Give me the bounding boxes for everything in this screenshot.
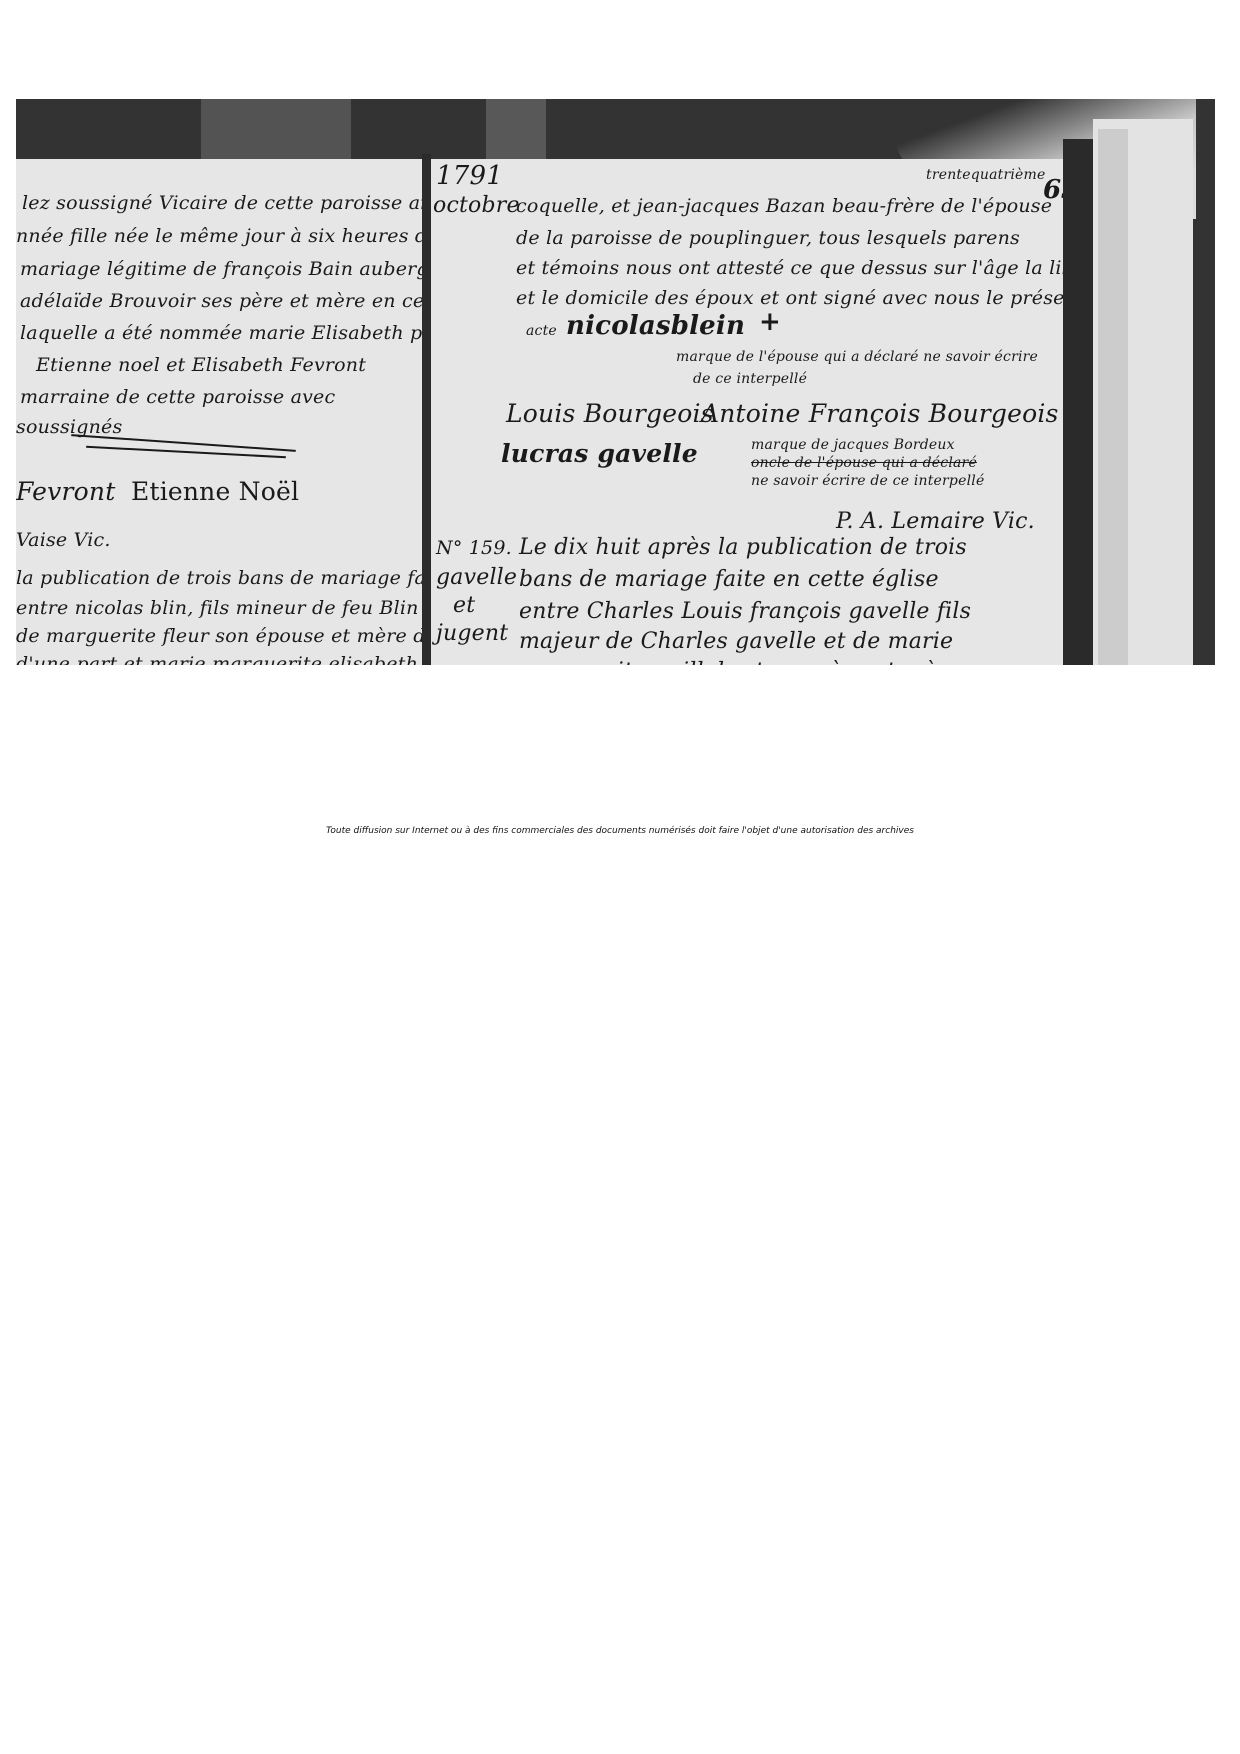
right-line: de la paroisse de pouplinguer, tous lesq… — [516, 227, 1020, 249]
scanned-register-image: lez soussigné Vicaire de cette paroisse … — [16, 99, 1215, 665]
flourish — [71, 434, 296, 452]
margin-name: jugent — [436, 621, 508, 646]
entry-line: bans de mariage faite en cette église — [519, 567, 939, 592]
entry-line: entre Charles Louis françois gavelle fil… — [519, 599, 971, 624]
register-month: octobre — [433, 193, 520, 218]
left-line: mariage légitime de françois Bain auberg… — [20, 258, 464, 280]
page-edge-shadow — [1063, 139, 1093, 665]
left-page: lez soussigné Vicaire de cette paroisse … — [16, 159, 422, 665]
left-line: lez soussigné Vicaire de cette paroisse … — [22, 192, 427, 214]
signature-louis-bourgeois: Louis Bourgeois — [506, 399, 714, 428]
entry-line: marguerite guillebert ses père et mère — [519, 659, 961, 665]
signature-groom: nicolasblein — [566, 311, 745, 341]
right-line: acte — [526, 323, 557, 339]
mark-note: de ce interpellé — [693, 371, 807, 387]
binding-shadow — [201, 99, 351, 159]
register-year: 1791 — [436, 161, 503, 191]
signature-etienne-noel: Etienne Noël — [131, 477, 299, 506]
left-entry-line: la publication de trois bans de mariage … — [16, 567, 452, 589]
bride-mark-cross: + — [759, 307, 781, 337]
right-line: coquelle, et jean-jacques Bazan beau-frè… — [516, 195, 1052, 217]
book-gutter — [422, 154, 431, 665]
left-line: soussignés — [16, 416, 122, 438]
binding-shadow — [486, 99, 546, 159]
entry-line: majeur de Charles gavelle et de marie — [519, 629, 953, 654]
entry-number: N° 159. — [436, 537, 512, 559]
officiant-signature: Vaise Vic. — [16, 529, 111, 551]
folio-marker: trentequatrième — [926, 167, 1046, 183]
page-stack-shadow — [1098, 129, 1128, 665]
margin-name: gavelle — [436, 565, 517, 590]
signature-gavelle: lucras gavelle — [501, 439, 698, 468]
right-line: et témoins nous ont attesté ce que dessu… — [516, 257, 1114, 279]
left-line: nnée fille née le même jour à six heures… — [16, 225, 440, 247]
right-line: et le domicile des époux et ont signé av… — [516, 287, 1085, 309]
right-page: 1791 octobre trentequatrième 63 coquelle… — [431, 159, 1091, 665]
left-entry-line: entre nicolas blin, fils mineur de feu B… — [16, 597, 419, 619]
left-line: adélaïde Brouvoir ses père et mère en ce… — [20, 290, 451, 312]
mark-note: marque de l'épouse qui a déclaré ne savo… — [676, 349, 1038, 365]
signature-fevront: Fevront — [16, 477, 115, 506]
archive-copyright-notice: Toute diffusion sur Internet ou à des fi… — [0, 826, 1240, 836]
margin-name: et — [453, 593, 475, 618]
officiant-signature: P. A. Lemaire Vic. — [836, 509, 1035, 534]
mark-note: marque de jacques Bordeux — [751, 437, 955, 453]
left-line: laquelle a été nommée marie Elisabeth pa… — [20, 322, 443, 344]
mark-note: ne savoir écrire de ce interpellé — [751, 473, 984, 489]
left-line: marraine de cette paroisse avec — [20, 386, 335, 408]
entry-line: Le dix huit après la publication de troi… — [519, 535, 967, 560]
mark-note: oncle de l'épouse qui a déclaré — [751, 455, 977, 471]
left-entry-line: d'une part et marie marguerite elisabeth… — [16, 653, 469, 665]
left-line: Etienne noel et Elisabeth Fevront — [36, 354, 366, 376]
signature-antoine-francois-bourgeois: Antoine François Bourgeois — [701, 399, 1059, 428]
